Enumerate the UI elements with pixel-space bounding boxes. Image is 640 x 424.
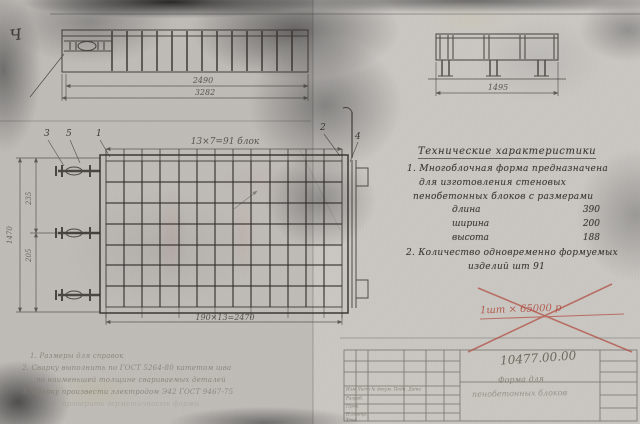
dim-plan-top: 13×7=91 блок <box>165 137 285 147</box>
callout-5: 5 <box>66 129 72 139</box>
note-line3: по наименьшей толщине свариваемых детале… <box>36 376 226 384</box>
tech-specs-line2: для изготовления стеновых <box>419 178 566 188</box>
note-line1: 1. Размеры для справок <box>30 352 124 360</box>
spec-value-length: 390 <box>583 205 600 215</box>
corner-page-mark: Ч <box>9 25 23 44</box>
tech-specs-line1: 1. Многоблочная форма предназначена <box>407 164 608 174</box>
stamp-title-line2: пенобетонных блоков <box>472 388 567 399</box>
dim-plan-left-inner-1: 235 <box>25 192 33 205</box>
red-pen-cross <box>468 284 632 352</box>
spec-row-height: высота 188 <box>452 233 600 243</box>
tech-specs-line4: 2. Количество одновременно формуемых <box>406 248 618 258</box>
note-line2: 2. Сварку выполнить по ГОСТ 5264-80 кате… <box>22 364 231 372</box>
spec-value-width: 200 <box>583 219 600 229</box>
dim-side-inner: 2490 <box>168 76 238 85</box>
stamp-header-row: Изм Лист № докум. Подп. Дата <box>346 387 421 392</box>
spec-row-length: длина 390 <box>452 205 600 215</box>
note-line4: 3. Сборку произвести электродом Э42 ГОСТ… <box>22 388 233 396</box>
stamp-row-checked: Пров. <box>346 404 359 409</box>
spec-label-width: ширина <box>452 219 489 229</box>
title-block-frame <box>344 350 637 421</box>
spec-row-width: ширина 200 <box>452 219 600 229</box>
end-elevation-view <box>428 34 566 79</box>
spec-value-height: 188 <box>583 233 600 243</box>
stamp-row-approved: Утв. <box>346 418 357 423</box>
tech-specs-line3: пенобетонных блоков с размерами <box>413 192 593 202</box>
spec-label-length: длина <box>452 205 481 215</box>
stamp-row-ncontrol: Н.контр. <box>346 412 367 417</box>
note-line5: проверить герметичность формы <box>62 400 200 408</box>
spec-label-height: высота <box>452 233 489 243</box>
stamp-title-line1: Форма для <box>498 374 544 385</box>
dim-plan-left-inner-2: 205 <box>25 249 33 262</box>
side-elevation-view <box>30 30 308 97</box>
stamp-row-developed: Разраб. <box>346 396 363 401</box>
callout-1: 1 <box>96 129 102 139</box>
tech-specs-line5: изделий шт 91 <box>468 262 545 272</box>
tech-specs-title: Технические характеристики <box>418 146 596 159</box>
callout-2: 2 <box>320 123 326 133</box>
plan-view <box>100 149 348 318</box>
dim-plan-left-outer: 1470 <box>6 226 14 244</box>
dim-plan-bottom: 190×13=2470 <box>165 313 285 322</box>
callout-3: 3 <box>44 129 50 139</box>
scanned-drawing-sheet: Ч 2490 3282 1495 13×7=91 блок 190×13=247… <box>0 0 640 424</box>
dim-side-outer: 3282 <box>170 88 240 97</box>
callout-4: 4 <box>355 132 361 142</box>
dim-end-width: 1495 <box>468 83 528 92</box>
